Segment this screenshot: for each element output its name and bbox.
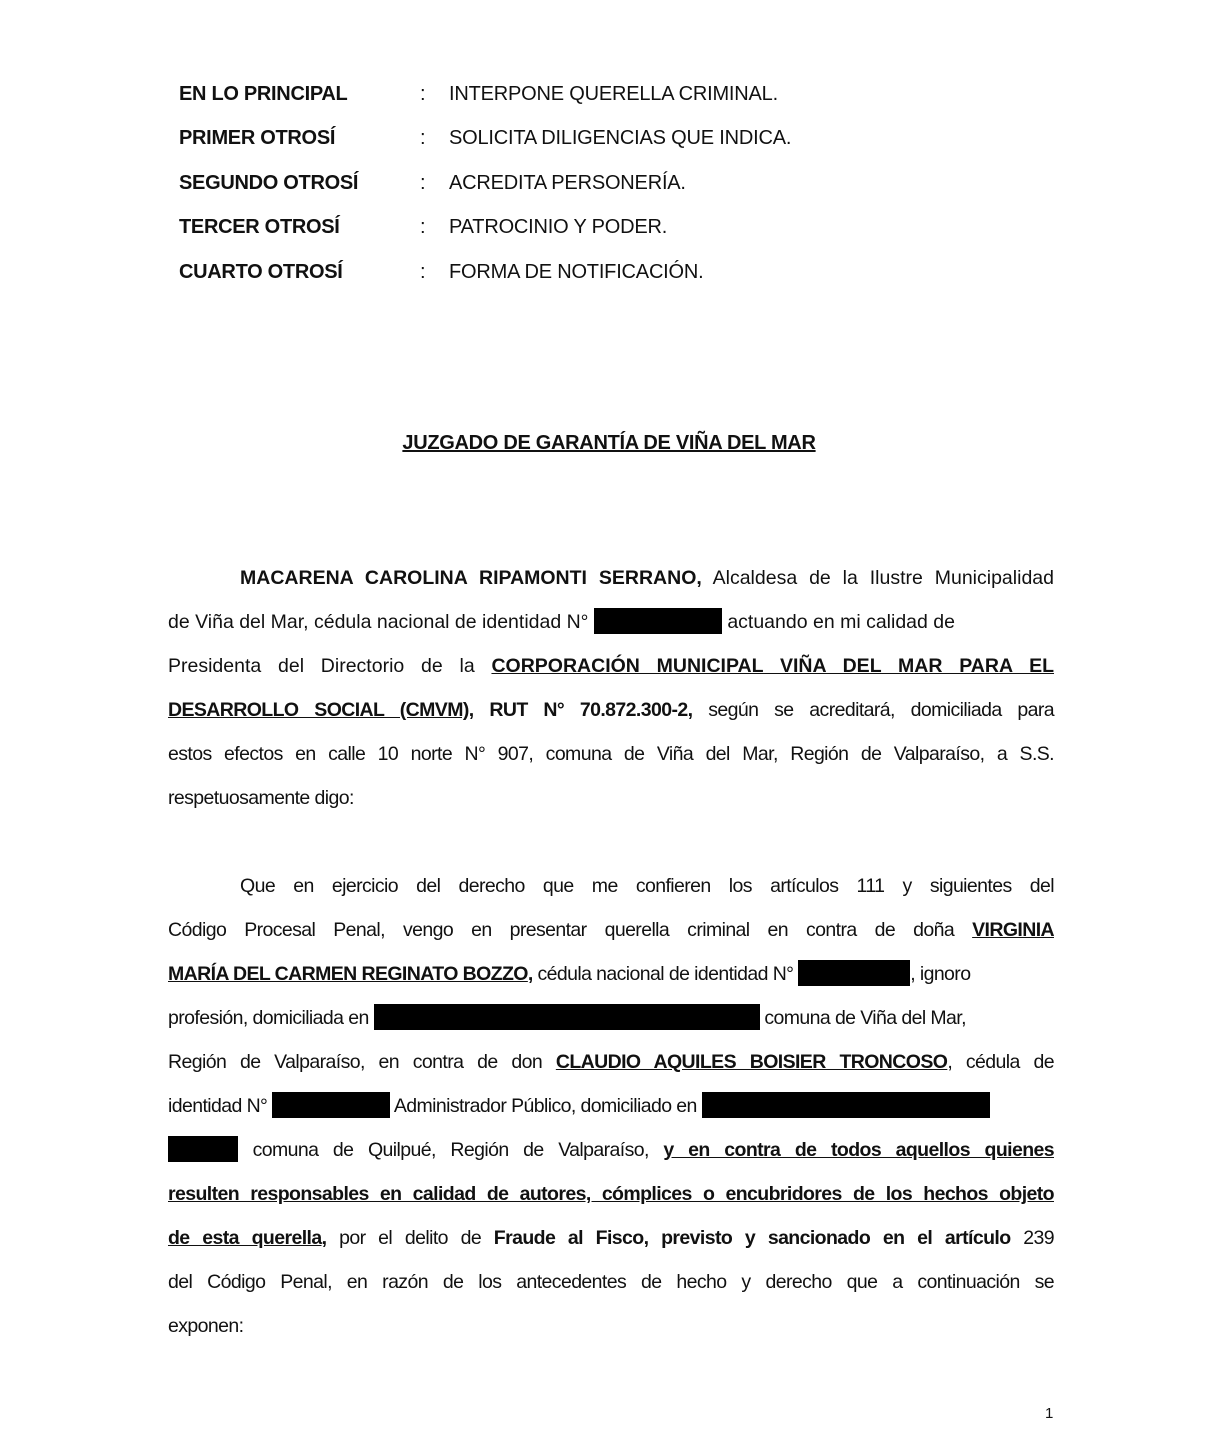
summa-colon: : xyxy=(420,122,426,154)
defendant-1-name-cont: MARÍA DEL CARMEN REGINATO BOZZO xyxy=(168,963,528,985)
corporation-name: CORPORACIÓN MUNICIPAL VIÑA DEL MAR PARA … xyxy=(491,655,1054,677)
corporation-name-cont: DESARROLLO SOCIAL (CMVM) xyxy=(168,699,469,721)
defendant-1-name: VIRGINIA xyxy=(972,919,1054,941)
text-line: Región de Valparaíso, en contra de don C… xyxy=(168,1047,1054,1077)
text-line: identidad N° Administrador Público, domi… xyxy=(168,1091,1054,1121)
summa-label: SEGUNDO OTROSÍ xyxy=(179,167,358,199)
page-number: 1 xyxy=(1045,1405,1053,1422)
summa-value: PATROCINIO Y PODER. xyxy=(449,211,667,243)
defendant-2-name: CLAUDIO AQUILES BOISIER TRONCOSO xyxy=(556,1051,947,1073)
text-span: comuna de Viña del Mar, xyxy=(760,1007,966,1029)
summa-label: CUARTO OTROSÍ xyxy=(179,256,343,288)
summa-colon: : xyxy=(420,256,426,288)
summa-colon: : xyxy=(420,167,426,199)
text-span: de esta querella, xyxy=(168,1227,326,1249)
text-span: actuando en mi calidad de xyxy=(722,611,955,633)
text-span: y en contra de todos aquellos quienes xyxy=(663,1139,1054,1161)
redacted-id xyxy=(798,960,910,986)
text-span: según se acreditará, domiciliada para xyxy=(692,699,1054,721)
text-line: resulten responsables en calidad de auto… xyxy=(168,1179,1054,1209)
text-span: comuna de Quilpué, Región de Valparaíso, xyxy=(238,1139,663,1161)
summa-colon: : xyxy=(420,211,426,243)
text-line: Presidenta del Directorio de la CORPORAC… xyxy=(168,651,1054,681)
summa-label: PRIMER OTROSÍ xyxy=(179,122,335,154)
redacted-id xyxy=(594,608,722,634)
text-line: Código Procesal Penal, vengo en presenta… xyxy=(168,915,1054,945)
text-span: de Viña del Mar, cédula nacional de iden… xyxy=(168,611,594,633)
text-span: , cédula de xyxy=(947,1051,1054,1073)
text-line: DESARROLLO SOCIAL (CMVM), RUT N° 70.872.… xyxy=(168,695,1054,725)
text-line: profesión, domiciliada en comuna de Viña… xyxy=(168,1003,1054,1033)
text-span: 239 xyxy=(1011,1227,1054,1249)
plaintiff-name: MACARENA CAROLINA RIPAMONTI SERRANO, xyxy=(240,567,702,589)
redacted-address xyxy=(374,1004,760,1030)
text-line: MACARENA CAROLINA RIPAMONTI SERRANO, Alc… xyxy=(240,563,1054,593)
text-span: Administrador Público, domiciliado en xyxy=(390,1095,702,1117)
text-span: por el delito de xyxy=(326,1227,493,1249)
text-line: del Código Penal, en razón de los antece… xyxy=(168,1267,1054,1297)
text-line: Que en ejercicio del derecho que me conf… xyxy=(240,871,1054,901)
summa-label: EN LO PRINCIPAL xyxy=(179,78,347,110)
rut: , RUT N° 70.872.300-2, xyxy=(469,699,693,721)
text-span: , ignoro xyxy=(910,963,970,985)
text-span: profesión, domiciliada en xyxy=(168,1007,374,1029)
redacted-address xyxy=(702,1092,990,1118)
text-span: cédula nacional de identidad N° xyxy=(533,963,799,985)
text-line: estos efectos en calle 10 norte N° 907, … xyxy=(168,739,1054,769)
redacted-id xyxy=(272,1092,390,1118)
text-line: respetuosamente digo: xyxy=(168,783,1054,813)
text-line: comuna de Quilpué, Región de Valparaíso,… xyxy=(168,1135,1054,1165)
summa-label: TERCER OTROSÍ xyxy=(179,211,340,243)
court-heading: JUZGADO DE GARANTÍA DE VIÑA DEL MAR xyxy=(0,432,1218,455)
text-line: MARÍA DEL CARMEN REGINATO BOZZO, cédula … xyxy=(168,959,1054,989)
summa-value: SOLICITA DILIGENCIAS QUE INDICA. xyxy=(449,122,791,154)
summa-value: ACREDITA PERSONERÍA. xyxy=(449,167,686,199)
text-span: Alcaldesa de la Ilustre Municipalidad xyxy=(702,567,1054,589)
offense: Fraude al Fisco, previsto y sancionado e… xyxy=(494,1227,1011,1249)
text-span: Código Procesal Penal, vengo en presenta… xyxy=(168,919,972,941)
summa-value: FORMA DE NOTIFICACIÓN. xyxy=(449,256,704,288)
redacted-address xyxy=(168,1136,238,1162)
text-span: identidad N° xyxy=(168,1095,272,1117)
summa-colon: : xyxy=(420,78,426,110)
text-span: Región de Valparaíso, en contra de don xyxy=(168,1051,556,1073)
summa-value: INTERPONE QUERELLA CRIMINAL. xyxy=(449,78,778,110)
text-line: exponen: xyxy=(168,1311,1054,1341)
text-line: de esta querella, por el delito de Fraud… xyxy=(168,1223,1054,1253)
text-span: Presidenta del Directorio de la xyxy=(168,655,491,677)
text-line: de Viña del Mar, cédula nacional de iden… xyxy=(168,607,1054,637)
